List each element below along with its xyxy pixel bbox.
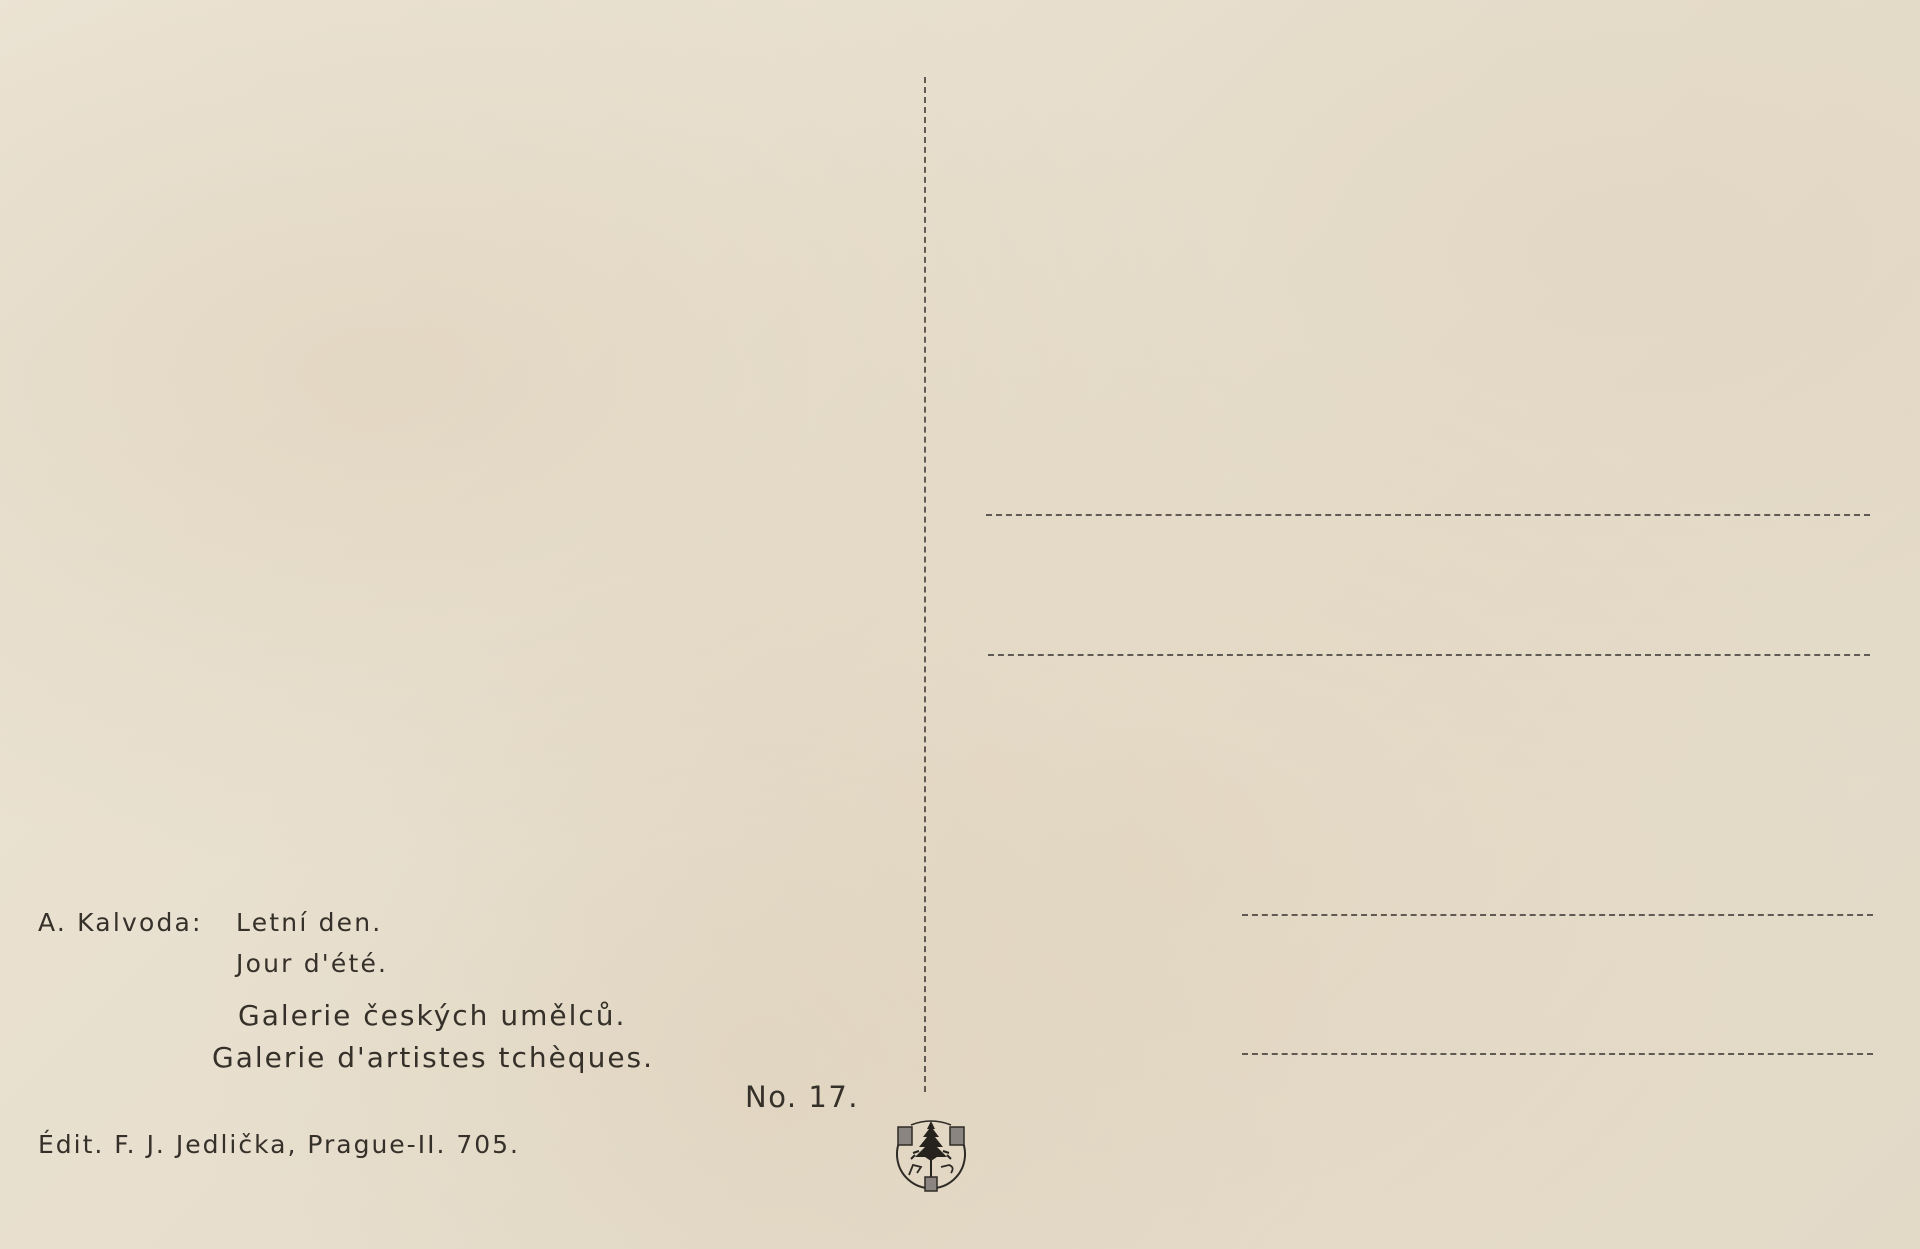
tree-emblem-icon: [889, 1113, 973, 1197]
artwork-title-czech: Letní den.: [236, 910, 382, 935]
publisher-imprint: Édit. F. J. Jedlička, Prague-II. 705.: [38, 1132, 520, 1157]
address-line-3: [1242, 914, 1873, 916]
card-number: No. 17.: [745, 1083, 859, 1112]
postcard-back: A. Kalvoda: Letní den. Jour d'été. Galer…: [0, 0, 1920, 1249]
center-divider-line: [924, 77, 926, 1092]
address-line-1: [986, 514, 1870, 516]
address-line-2: [988, 654, 1870, 656]
address-line-4: [1242, 1053, 1873, 1055]
series-name-czech: Galerie českých umělců.: [238, 1002, 626, 1030]
artist-name: A. Kalvoda:: [38, 910, 203, 935]
artwork-title-french: Jour d'été.: [236, 951, 388, 976]
series-name-french: Galerie d'artistes tchèques.: [212, 1044, 654, 1072]
